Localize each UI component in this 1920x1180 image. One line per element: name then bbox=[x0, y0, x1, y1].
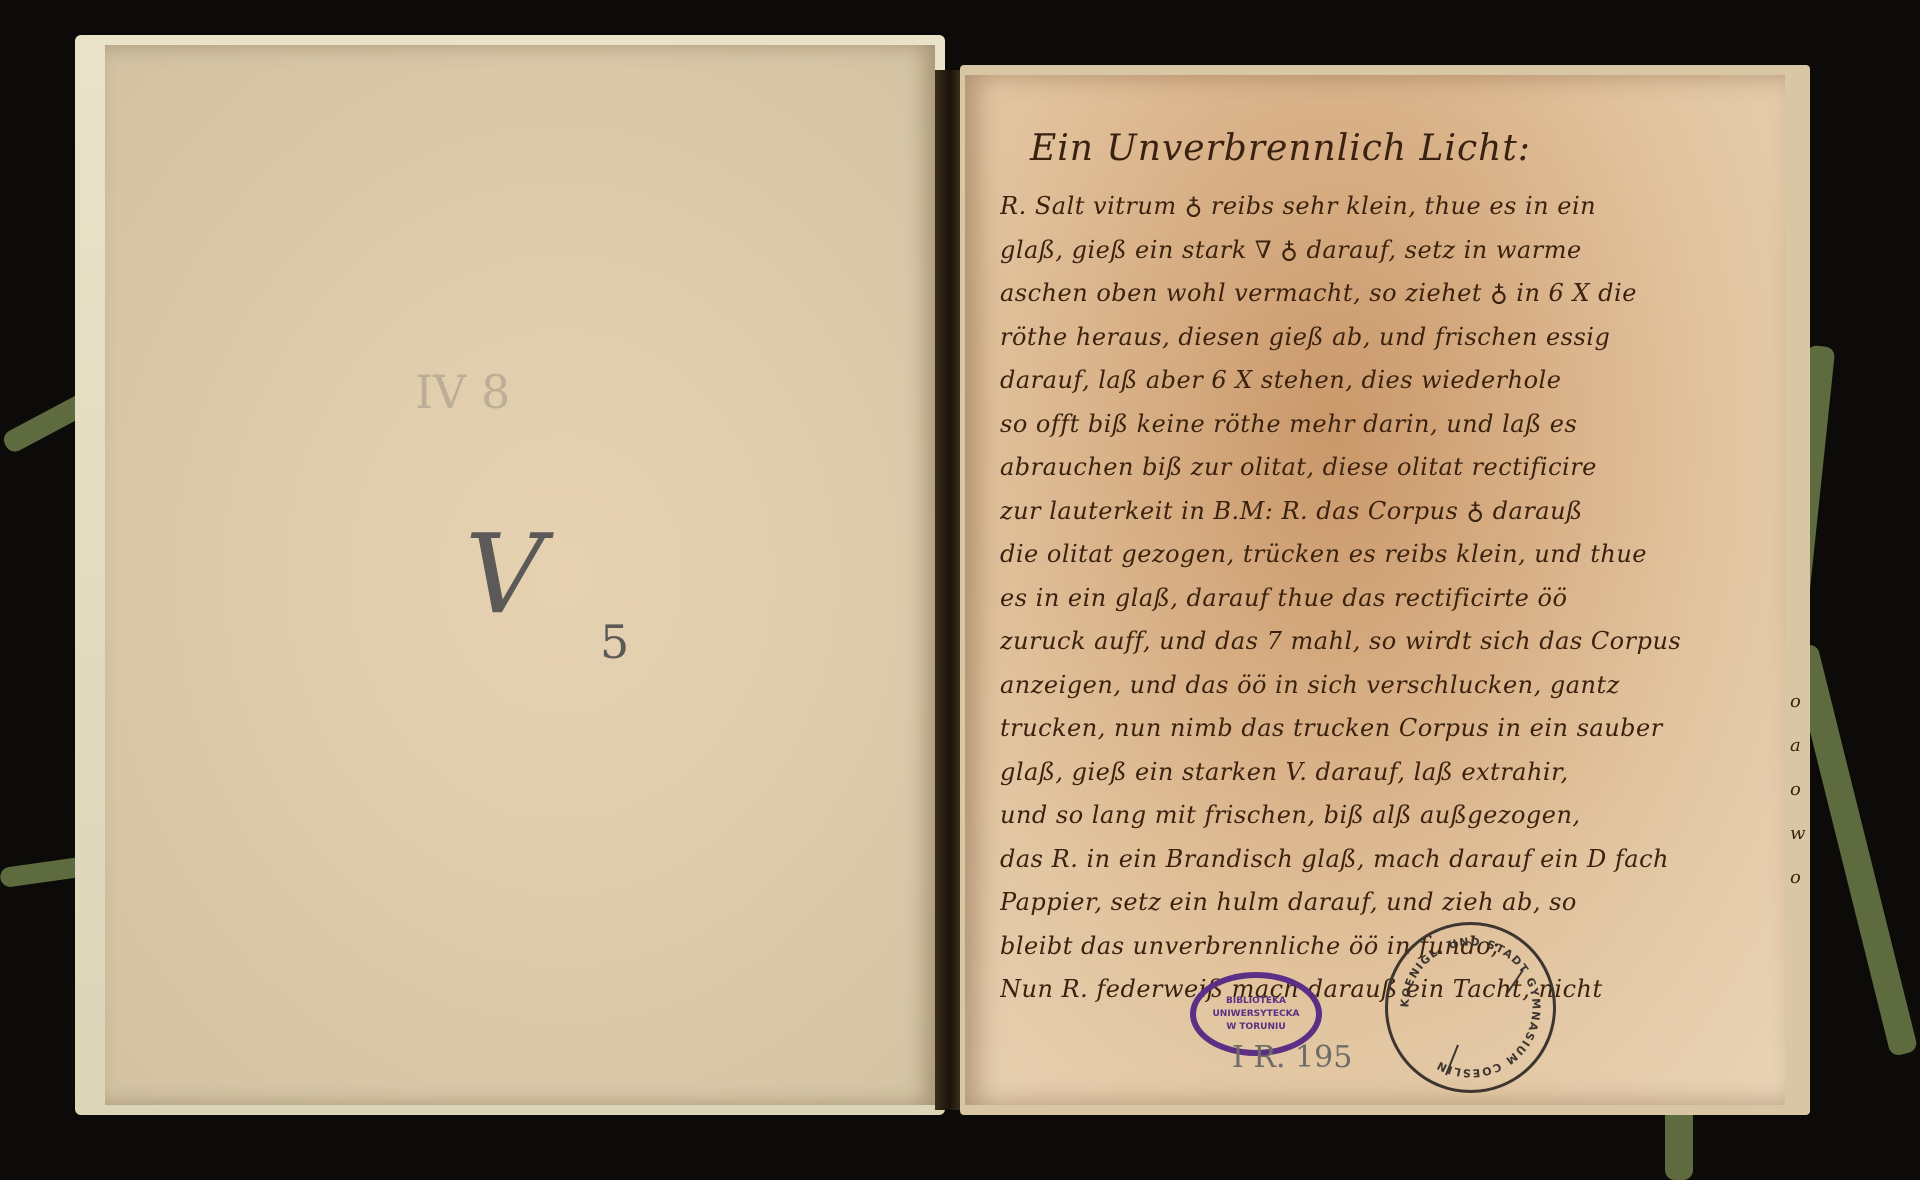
svg-text:KOENIGL. UND STADT GYMNASIUM C: KOENIGL. UND STADT GYMNASIUM COESLIN bbox=[1398, 935, 1542, 1079]
manuscript-line: so offt biß keine röthe mehr darin, und … bbox=[1000, 403, 1770, 447]
manuscript-line: es in ein glaß, darauf thue das rectific… bbox=[1000, 577, 1770, 621]
margin-note: w bbox=[1790, 812, 1820, 856]
manuscript-line: R. Salt vitrum ♁ reibs sehr klein, thue … bbox=[1000, 185, 1770, 229]
manuscript-line: darauf, laß aber 6 X stehen, dies wieder… bbox=[1000, 359, 1770, 403]
left-page: IV 8 V 5 bbox=[105, 45, 935, 1105]
manuscript-line: zur lauterkeit in B.M: R. das Corpus ♁ d… bbox=[1000, 490, 1770, 534]
manuscript-line: abrauchen biß zur olitat, diese olitat r… bbox=[1000, 446, 1770, 490]
margin-note: a bbox=[1790, 724, 1820, 768]
stamp-line: BIBLIOTEKA bbox=[1196, 995, 1316, 1008]
manuscript-line: das R. in ein Brandisch glaß, mach darau… bbox=[1000, 838, 1770, 882]
manuscript-line: glaß, gieß ein stark ∇ ♁ darauf, setz in… bbox=[1000, 229, 1770, 273]
manuscript-line: bleibt das unverbrennliche öö in fundo; bbox=[1000, 925, 1770, 969]
manuscript-heading: Ein Unverbrennlich Licht: bbox=[1030, 128, 1531, 169]
margin-note: o bbox=[1790, 680, 1820, 724]
gymnasium-stamp: KOENIGL. UND STADT GYMNASIUM COESLIN bbox=[1385, 922, 1556, 1093]
stamp-ring-text: KOENIGL. UND STADT GYMNASIUM COESLIN bbox=[1398, 935, 1542, 1079]
margin-notes: o a o w o bbox=[1790, 680, 1820, 900]
manuscript-text: R. Salt vitrum ♁ reibs sehr klein, thue … bbox=[1000, 185, 1770, 1012]
manuscript-line: anzeigen, und das öö in sich verschlucke… bbox=[1000, 664, 1770, 708]
manuscript-line: trucken, nun nimb das trucken Corpus in … bbox=[1000, 707, 1770, 751]
pencil-mark-5: 5 bbox=[600, 615, 629, 669]
manuscript-line: röthe heraus, diesen gieß ab, und frisch… bbox=[1000, 316, 1770, 360]
margin-note: o bbox=[1790, 768, 1820, 812]
pencil-mark-v: V bbox=[465, 510, 544, 638]
stamp-ring-icon: KOENIGL. UND STADT GYMNASIUM COESLIN bbox=[1388, 925, 1553, 1090]
faded-pencil-mark: IV 8 bbox=[415, 365, 510, 419]
manuscript-line: aschen oben wohl vermacht, so ziehet ♁ i… bbox=[1000, 272, 1770, 316]
stamp-line: W TORUNIU bbox=[1196, 1021, 1316, 1034]
shelfmark: I R. 195 bbox=[1232, 1040, 1352, 1075]
manuscript-line: glaß, gieß ein starken V. darauf, laß ex… bbox=[1000, 751, 1770, 795]
manuscript-line: und so lang mit frischen, biß alß außgez… bbox=[1000, 794, 1770, 838]
manuscript-line: zuruck auff, und das 7 mahl, so wirdt si… bbox=[1000, 620, 1770, 664]
margin-note: o bbox=[1790, 856, 1820, 900]
manuscript-line: die olitat gezogen, trücken es reibs kle… bbox=[1000, 533, 1770, 577]
manuscript-line: Pappier, setz ein hulm darauf, und zieh … bbox=[1000, 881, 1770, 925]
stamp-line: UNIWERSYTECKA bbox=[1196, 1008, 1316, 1021]
